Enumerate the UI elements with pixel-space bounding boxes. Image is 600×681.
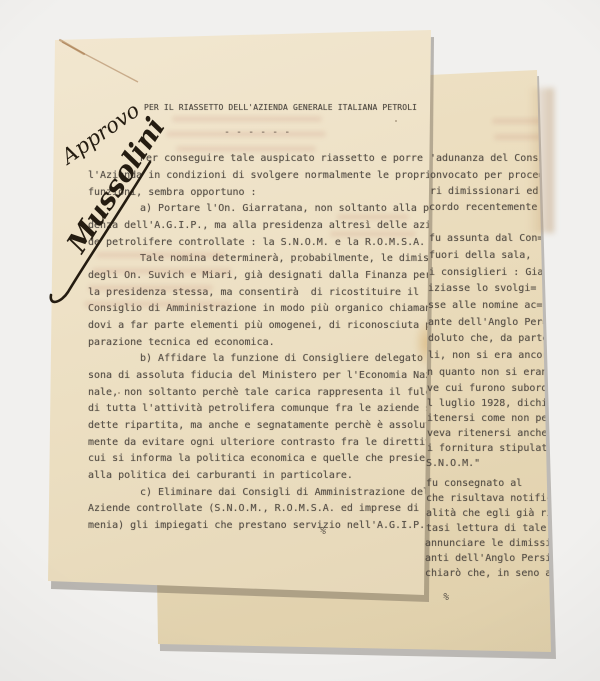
typed-line: de petrolifere controllate : la S.N.O.M.… bbox=[88, 237, 425, 249]
typed-line-fragment: ve cui furono subordi= bbox=[427, 383, 559, 395]
typed-line: c) Eliminare dai Consigli di Amministraz… bbox=[140, 487, 441, 499]
ink-bleed-ghost bbox=[92, 268, 232, 274]
typed-line: alla politica dei carburanti in particol… bbox=[88, 470, 353, 482]
ink-bleed-ghost bbox=[84, 301, 232, 307]
typed-line: menia) gli impiegati che prestano serviz… bbox=[88, 520, 443, 532]
typed-line: dette ripartita, ma anche e segnatamente… bbox=[88, 420, 443, 432]
typed-line-fragment: doluto che, da parte bbox=[428, 333, 548, 345]
photo-backdrop: 'adunanza del Consi=onvocato per proce=r… bbox=[0, 0, 600, 681]
typed-line: parazione tecnica ed economica. bbox=[88, 337, 275, 349]
paper-stain bbox=[528, 88, 554, 233]
ink-bleed-ghost bbox=[337, 214, 409, 220]
typed-line-fragment: fuori della sala, bbox=[429, 250, 531, 262]
document-title: PER IL RIASSETTO DELL'AZIENDA GENERALE I… bbox=[144, 103, 417, 112]
typed-line: sona di assoluta fiducia del Ministero p… bbox=[88, 370, 449, 382]
typed-line-fragment: i consiglieri : Giar= bbox=[429, 267, 555, 279]
typed-line-fragment: sse alle nomine ac= bbox=[428, 300, 542, 312]
typed-line-fragment: itenersi come non per= bbox=[427, 413, 559, 425]
typed-line-fragment: che risultava notifica= bbox=[426, 493, 564, 505]
typed-line-fragment: l luglio 1928, dichia= bbox=[427, 398, 559, 410]
typed-line-fragment: S.N.O.M." bbox=[426, 458, 480, 470]
ink-bleed-ghost bbox=[176, 146, 316, 152]
typed-line: a) Portare l'On. Giarratana, non soltant… bbox=[140, 203, 459, 215]
ink-bleed-ghost bbox=[330, 231, 416, 237]
ink-bleed-ghost bbox=[166, 131, 326, 137]
typed-line-fragment: tasi lettura di tale bbox=[426, 523, 546, 535]
typed-line-fragment: li, non si era ancora bbox=[428, 350, 554, 362]
typed-line-fragment: veva ritenersi anche bbox=[427, 428, 547, 440]
continuation-mark-page-1: % bbox=[319, 526, 327, 537]
typed-line-fragment: ri dimissionari ed bbox=[430, 186, 538, 198]
typed-line-fragment: annunciare le dimissio= bbox=[425, 538, 563, 550]
typed-line: nale, non soltanto perchè tale carica ra… bbox=[88, 387, 443, 399]
ink-bleed-ghost bbox=[88, 285, 213, 291]
ink-bleed-ghost bbox=[172, 116, 322, 122]
dust-speck bbox=[118, 392, 120, 394]
typed-line: mente da evitare ogni ulteriore contrast… bbox=[88, 437, 437, 449]
typed-line-fragment: cordo recentemente bbox=[429, 202, 537, 214]
typed-line: Per conseguire tale auspicato riassetto … bbox=[140, 153, 423, 165]
typed-line-fragment: fu assunta dal Con= bbox=[429, 233, 543, 245]
dust-speck bbox=[395, 120, 397, 122]
typed-line: dovi a far parte elementi più omogenei, … bbox=[88, 320, 449, 332]
typed-line-fragment: fu consegnato al bbox=[426, 478, 522, 490]
typed-line-fragment: n quanto non si erano bbox=[427, 367, 553, 379]
dust-speck bbox=[300, 260, 302, 262]
continuation-mark-page-2: % bbox=[442, 592, 450, 603]
typed-line-fragment: iziasse lo svolgi= bbox=[428, 283, 536, 295]
typed-line-fragment: alità che egli già ri= bbox=[426, 508, 558, 520]
typed-line: di tutta l'attività petrolifera comunque… bbox=[88, 403, 449, 415]
dust-speck bbox=[210, 455, 212, 457]
typed-line-fragment: anti dell'Anglo Persian. bbox=[425, 553, 570, 565]
typed-line-fragment: chiarò che, in seno al bbox=[425, 568, 557, 580]
typed-line: Aziende controllate (S.N.O.M., R.O.M.S.A… bbox=[88, 503, 443, 515]
typed-line: cui si informa la politica economica e q… bbox=[88, 453, 449, 465]
typed-line-fragment: ante dell'Anglo Per= bbox=[428, 317, 548, 329]
ink-bleed-ghost bbox=[96, 252, 226, 258]
typed-line-fragment: i fornitura stipulato bbox=[427, 443, 553, 455]
